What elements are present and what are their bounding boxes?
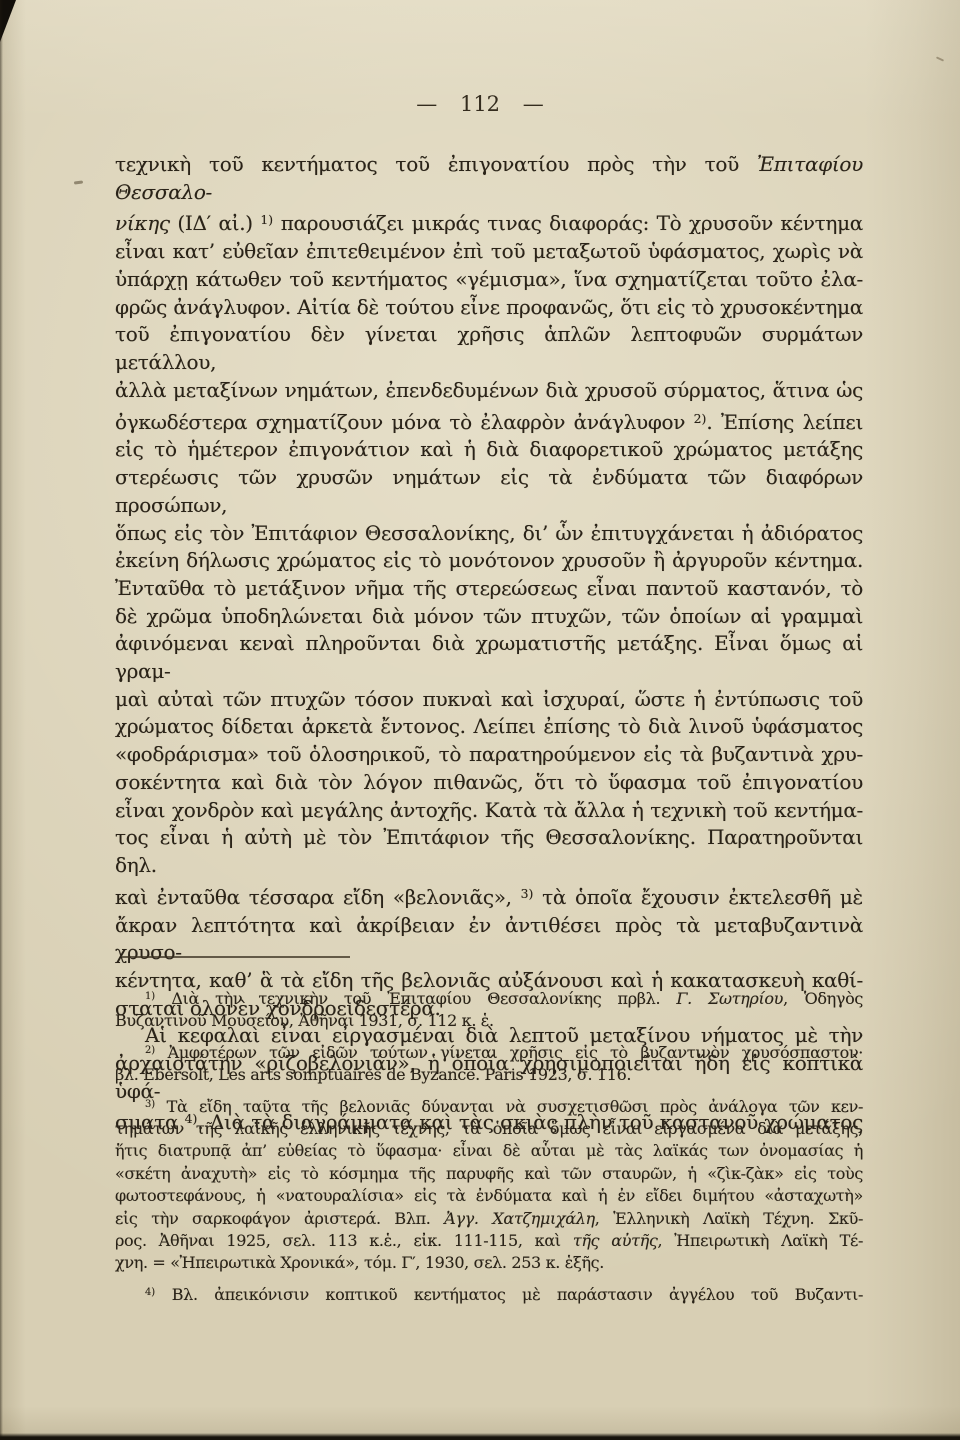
text-line: εἰς τὴν σαρκοφάγον ἀριστερά. Βλπ. Ἀγγ. Χ…	[115, 1208, 863, 1230]
footnote-separator-rule	[122, 956, 350, 958]
text-segment: , Ἠπειρωτικὴ Λαϊκὴ Τέ-	[657, 1231, 863, 1250]
text-line: «φοδράρισμα» τοῦ ὁλοσηρικοῦ, τὸ παρατηρο…	[115, 741, 863, 769]
text-line: ὅπως εἰς τὸν Ἐπιτάφιον Θεσσαλονίκης, δι’…	[115, 520, 863, 548]
text-segment: Βλ. ἀπεικόνισιν κοπτικοῦ κεντήματος μὲ π…	[155, 1285, 863, 1304]
text-line: 3) Τὰ εἴδη ταῦτα τῆς βελονιᾶς δύνανται ν…	[115, 1094, 863, 1118]
footnote-marker: 3)	[145, 1099, 155, 1110]
text-line: 2) Ἀμφοτέρων τῶν εἰδῶν τούτων γίνεται χρ…	[115, 1040, 863, 1064]
text-line: Ἐνταῦθα τὸ μετάξινον νῆμα τῆς στερεώσεως…	[115, 575, 863, 603]
text-segment: εἶναι κατ’ εὐθεῖαν ἐπιτεθειμένον ἐπὶ τοῦ…	[115, 239, 863, 263]
text-line: 4) Βλ. ἀπεικόνισιν κοπτικοῦ κεντήματος μ…	[115, 1282, 863, 1306]
footnote-marker: 2)	[694, 411, 707, 426]
scan-artifact-bottom-edge	[0, 1433, 960, 1440]
text-line: χρώματος δίδεται ἀρκετὰ ἔντονος. Λείπει …	[115, 713, 863, 741]
text-segment: ἐκείνη δήλωσις χρώματος εἰς τὸ μονότονον…	[115, 548, 863, 572]
text-line: εἶναι χονδρὸν καὶ μεγάλης ἀντοχῆς. Κατὰ …	[115, 797, 863, 825]
text-line: τεχνικὴ τοῦ κεντήματος τοῦ ἐπιγονατίου π…	[115, 151, 863, 206]
text-segment: Βυζαντινοῦ Μουσείου, Ἀθῆναι 1931, σ. 112…	[115, 1011, 494, 1030]
text-segment: (ΙΔ′ αἰ.)	[170, 212, 261, 236]
text-segment: ρος. Ἀθῆναι 1925, σελ. 113 κ.ἑ., εἰκ. 11…	[115, 1231, 573, 1250]
footnote-marker: 1)	[145, 991, 155, 1002]
text-segment: ἥτις διατρυπᾷ ἀπ’ εὐθείας τὸ ὕφασμα· εἶν…	[115, 1141, 863, 1160]
text-line: τος εἶναι ἡ αὐτὴ μὲ τὸν Ἐπιτάφιον τῆς Θε…	[115, 824, 863, 879]
text-segment: εἶναι χονδρὸν καὶ μεγάλης ἀντοχῆς. Κατὰ …	[115, 798, 863, 822]
scan-artifact-speck	[74, 180, 83, 184]
footnote-marker: 2)	[145, 1045, 155, 1056]
text-line: ρος. Ἀθῆναι 1925, σελ. 113 κ.ἑ., εἰκ. 11…	[115, 1230, 863, 1252]
text-line: χνη. = «Ἠπειρωτικὰ Χρονικά», τόμ. Γ′, 19…	[115, 1252, 863, 1274]
text-segment: . Ἐπίσης λείπει	[706, 410, 863, 434]
footnote-marker: 1)	[260, 212, 273, 227]
text-line: μαὶ αὐταὶ τῶν πτυχῶν τόσον πυκναὶ καὶ ἰσ…	[115, 686, 863, 714]
text-segment: σοκέντητα καὶ διὰ τὸν λόγον πιθανῶς, ὅτι…	[115, 770, 863, 794]
text-segment: , Ἑλληνικὴ Λαϊκὴ Τέχνη. Σκῦ-	[595, 1209, 863, 1228]
text-line: ἄκραν λεπτότητα καὶ ἀκρίβειαν ἐν ἀντιθέσ…	[115, 912, 863, 967]
text-line: τοῦ ἐπιγονατίου δὲν γίνεται χρῆσις ἁπλῶν…	[115, 321, 863, 376]
text-segment: τοῦ ἐπιγονατίου δὲν γίνεται χρῆσις ἁπλῶν…	[115, 322, 863, 374]
scan-artifact-left-edge	[0, 0, 3, 1440]
text-line: ἀλλὰ μεταξίνων νημάτων, ἐπενδεδυμένων δι…	[115, 377, 863, 405]
text-line: στερέωσις τῶν χρυσῶν νημάτων εἰς τὰ ἐνδύ…	[115, 464, 863, 519]
text-segment: Ἀγγ. Χατζημιχάλη	[444, 1209, 594, 1228]
text-segment: παρουσιάζει μικράς τινας διαφοράς: Τὸ χρ…	[273, 212, 863, 236]
text-segment: εἰς τὸ ἡμέτερον ἐπιγονάτιον καὶ ἡ διὰ δι…	[115, 437, 863, 461]
text-line: «σκέτη ἀναχυτὴ» εἰς τὸ κόσμημα τῆς παρυφ…	[115, 1163, 863, 1185]
text-segment: εἰς τὴν σαρκοφάγον ἀριστερά. Βλπ.	[115, 1209, 444, 1228]
text-line: καὶ ἐνταῦθα τέσσαρα εἴδη «βελονιᾶς», 3) …	[115, 880, 863, 912]
text-line: 1) Διὰ τὴν τεχνικὴν τοῦ Ἐπιταφίου Θεσσαλ…	[115, 986, 863, 1010]
text-line: ἀφινόμεναι κεναὶ πληροῦνται διὰ χρωματισ…	[115, 630, 863, 685]
text-segment: χρώματος δίδεται ἀρκετὰ ἔντονος. Λείπει …	[115, 714, 863, 738]
text-line: εἶναι κατ’ εὐθεῖαν ἐπιτεθειμένον ἐπὶ τοῦ…	[115, 238, 863, 266]
text-segment: χνη. = «Ἠπειρωτικὰ Χρονικά», τόμ. Γ′, 19…	[115, 1253, 604, 1272]
text-line: δὲ χρῶμα ὑποδηλώνεται διὰ μόνον τῶν πτυχ…	[115, 603, 863, 631]
text-segment: φρῶς ἀνάγλυφον. Αἰτία δὲ τούτου εἶνε προ…	[115, 295, 863, 319]
text-segment: , Ὁδηγὸς	[783, 989, 863, 1008]
footnotes-block: 1) Διὰ τὴν τεχνικὴν τοῦ Ἐπιταφίου Θεσσαλ…	[115, 986, 863, 1306]
text-line: τημάτων τῆς λαϊκῆς ἑλληνικῆς τέχνης, τὰ …	[115, 1118, 863, 1140]
text-segment: τημάτων τῆς λαϊκῆς ἑλληνικῆς τέχνης, τὰ …	[115, 1119, 863, 1138]
text-line: ὑπάρχῃ κάτωθεν τοῦ κεντήματος «γέμισμα»,…	[115, 266, 863, 294]
text-segment: Διὰ τὴν τεχνικὴν τοῦ Ἐπιταφίου Θεσσαλονί…	[155, 989, 676, 1008]
text-segment: Τὰ εἴδη ταῦτα τῆς βελονιᾶς δύνανται νὰ σ…	[155, 1096, 863, 1115]
text-segment: βλ. Ebersolt, Les arts somptuaires de By…	[115, 1065, 631, 1084]
text-segment: ἀλλὰ μεταξίνων νημάτων, ἐπενδεδυμένων δι…	[115, 378, 863, 402]
text-segment: στερέωσις τῶν χρυσῶν νημάτων εἰς τὰ ἐνδύ…	[115, 465, 863, 517]
text-line: σοκέντητα καὶ διὰ τὸν λόγον πιθανῶς, ὅτι…	[115, 769, 863, 797]
page-number: — 112 —	[106, 92, 854, 116]
footnote-marker: 4)	[145, 1287, 155, 1298]
text-line: ἥτις διατρυπᾷ ἀπ’ εὐθείας τὸ ὕφασμα· εἶν…	[115, 1140, 863, 1162]
text-segment: Γ. Σωτηρίου	[676, 989, 783, 1008]
text-line: νίκης (ΙΔ′ αἰ.) 1) παρουσιάζει μικράς τι…	[115, 206, 863, 238]
text-segment: Ἐνταῦθα τὸ μετάξινον νῆμα τῆς στερεώσεως…	[115, 576, 863, 600]
text-segment: φωτοστεφάνους, ἡ «νατουραλίσια» εἰς τὰ ἐ…	[115, 1186, 863, 1205]
text-segment: τεχνικὴ τοῦ κεντήματος τοῦ ἐπιγονατίου π…	[115, 152, 757, 176]
text-segment: ὅπως εἰς τὸν Ἐπιτάφιον Θεσσαλονίκης, δι’…	[115, 521, 863, 545]
text-segment: τὰ ὁποῖα ἔχουσιν ἐκτελεσθῆ μὲ	[533, 885, 863, 909]
text-segment: τῆς αὐτῆς	[573, 1231, 658, 1250]
scan-artifact-speck	[936, 56, 944, 61]
text-line: ὀγκωδέστερα σχηματίζουν μόνα τὸ ἐλαφρὸν …	[115, 405, 863, 437]
text-segment: καὶ ἐνταῦθα τέσσαρα εἴδη «βελονιᾶς»,	[115, 885, 521, 909]
text-line: εἰς τὸ ἡμέτερον ἐπιγονάτιον καὶ ἡ διὰ δι…	[115, 436, 863, 464]
text-segment: νίκης	[115, 212, 170, 236]
text-segment: ὑπάρχῃ κάτωθεν τοῦ κεντήματος «γέμισμα»,…	[115, 267, 863, 291]
text-segment: μαὶ αὐταὶ τῶν πτυχῶν τόσον πυκναὶ καὶ ἰσ…	[115, 687, 863, 711]
text-segment: Ἀμφοτέρων τῶν εἰδῶν τούτων γίνεται χρῆσι…	[155, 1043, 863, 1062]
text-line: βλ. Ebersolt, Les arts somptuaires de By…	[115, 1064, 863, 1086]
text-segment: τος εἶναι ἡ αὐτὴ μὲ τὸν Ἐπιτάφιον τῆς Θε…	[115, 825, 863, 877]
text-segment: «σκέτη ἀναχυτὴ» εἰς τὸ κόσμημα τῆς παρυφ…	[115, 1164, 863, 1183]
text-line: ἐκείνη δήλωσις χρώματος εἰς τὸ μονότονον…	[115, 547, 863, 575]
footnote-marker: 3)	[521, 886, 534, 901]
text-line: φρῶς ἀνάγλυφον. Αἰτία δὲ τούτου εἶνε προ…	[115, 294, 863, 322]
text-segment: ὀγκωδέστερα σχηματίζουν μόνα τὸ ἐλαφρὸν …	[115, 410, 694, 434]
text-line: φωτοστεφάνους, ἡ «νατουραλίσια» εἰς τὰ ἐ…	[115, 1185, 863, 1207]
text-segment: «φοδράρισμα» τοῦ ὁλοσηρικοῦ, τὸ παρατηρο…	[115, 742, 863, 766]
text-segment: δὲ χρῶμα ὑποδηλώνεται διὰ μόνον τῶν πτυχ…	[115, 604, 863, 628]
text-line: Βυζαντινοῦ Μουσείου, Ἀθῆναι 1931, σ. 112…	[115, 1010, 863, 1032]
text-segment: ἀφινόμεναι κεναὶ πληροῦνται διὰ χρωματισ…	[115, 631, 863, 683]
